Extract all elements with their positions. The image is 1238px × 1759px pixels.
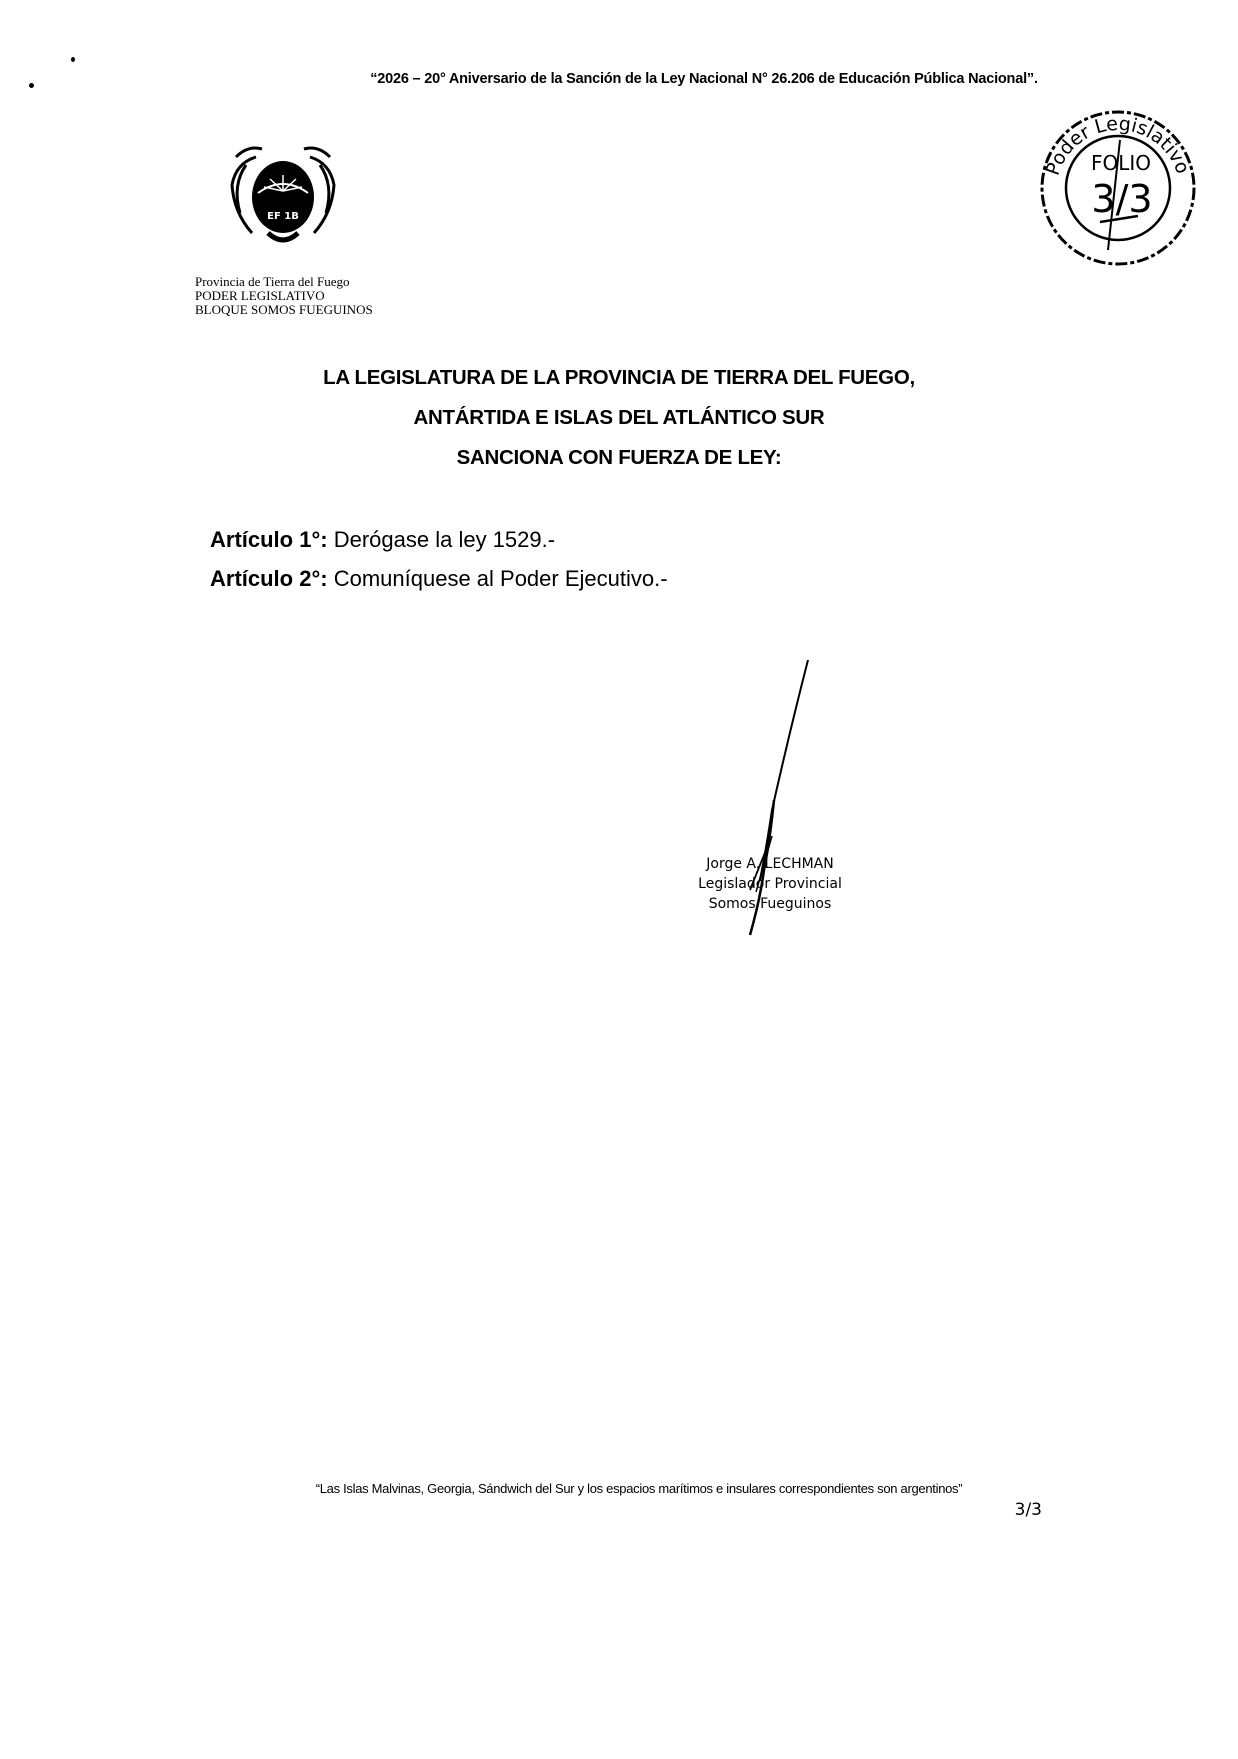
organization-block: Provincia de Tierra del Fuego PODER LEGI… (195, 275, 373, 317)
article-1-label: Artículo 1°: (210, 527, 328, 552)
title-line-1: LA LEGISLATURA DE LA PROVINCIA DE TIERRA… (0, 366, 1238, 390)
title-line-3: SANCIONA CON FUERZA DE LEY: (0, 446, 1238, 470)
footer-motto: “Las Islas Malvinas, Georgia, Sándwich d… (0, 1481, 1238, 1496)
article-1: Artículo 1°: Derógase la ley 1529.- (210, 527, 555, 553)
scan-speck (71, 57, 75, 62)
provincial-coat-of-arms-icon: EF 1B (228, 135, 338, 255)
stamp-label: FOLIO (1091, 151, 1151, 175)
org-legislative-power: PODER LEGISLATIVO (195, 289, 373, 303)
page-number: 3/3 (1015, 1500, 1042, 1520)
org-province: Provincia de Tierra del Fuego (195, 275, 373, 289)
header-motto: “2026 – 20° Aniversario de la Sanción de… (0, 71, 1238, 87)
article-2: Artículo 2°: Comuníquese al Poder Ejecut… (210, 566, 668, 592)
article-2-text: Comuníquese al Poder Ejecutivo.- (328, 566, 668, 591)
folio-stamp-icon: Poder Legislativo FOLIO 3/3 (1028, 100, 1208, 270)
org-bloc: BLOQUE SOMOS FUEGUINOS (195, 303, 373, 317)
title-line-2: ANTÁRTIDA E ISLAS DEL ATLÁNTICO SUR (0, 406, 1238, 430)
svg-text:EF 1B: EF 1B (267, 211, 299, 222)
article-1-text: Derógase la ley 1529.- (328, 527, 555, 552)
handwritten-signature-icon (690, 660, 850, 960)
stamp-number: 3/3 (1091, 177, 1152, 221)
article-2-label: Artículo 2°: (210, 566, 328, 591)
